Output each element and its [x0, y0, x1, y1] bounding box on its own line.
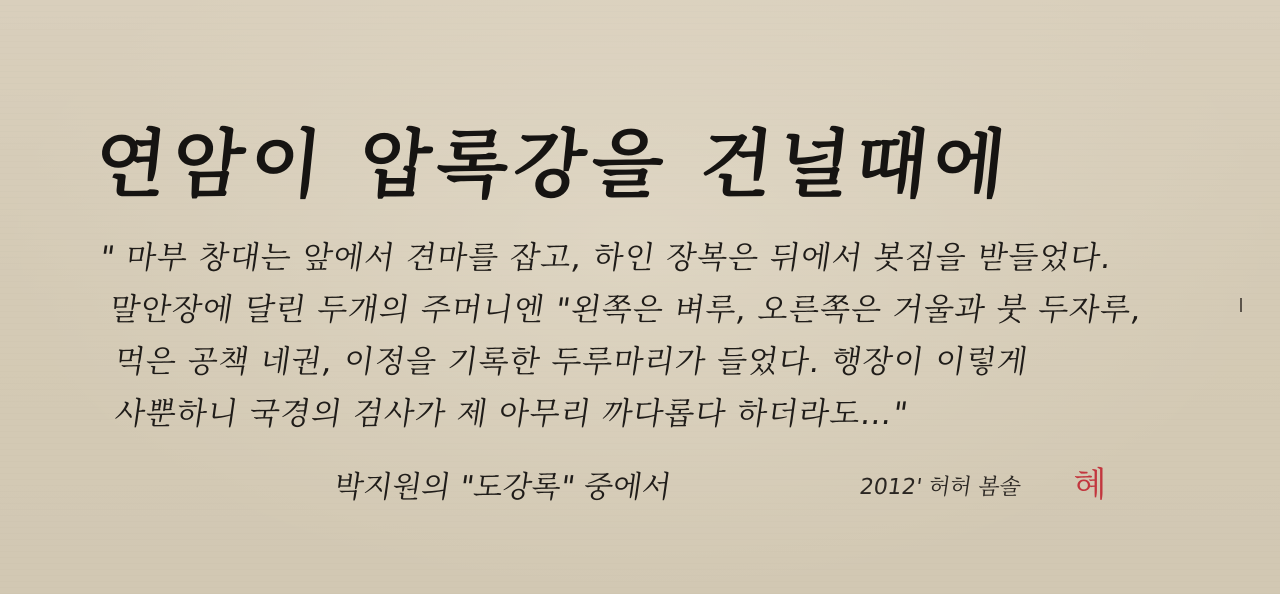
calligraphy-body: " 마부 창대는 앞에서 견마를 잡고, 하인 장복은 뒤에서 봇짐을 받들었다…: [100, 232, 1210, 440]
red-seal-stamp-icon: 혜: [1068, 460, 1112, 510]
calligraphy-title: 연암이 압록강을 건널때에: [88, 100, 1002, 230]
body-line: 말안장에 달린 두개의 주머니엔 "왼쪽은 벼루, 오른쪽은 거울과 붓 두자루…: [106, 284, 1213, 336]
body-line: " 마부 창대는 앞에서 견마를 잡고, 하인 장복은 뒤에서 봇짐을 받들었다…: [96, 232, 1213, 284]
body-line: 사뿐하니 국경의 검사가 제 아무리 까다롭다 하더라도…": [111, 388, 1213, 440]
body-line: 먹은 공책 네권, 이정을 기록한 두루마리가 들었다. 행장이 이렇게: [111, 336, 1213, 388]
artist-signature: 2012' 허허 봄솔: [858, 470, 1023, 501]
source-attribution: 박지원의 "도강록" 중에서: [332, 462, 675, 506]
calligraphy-artwork: 연암이 압록강을 건널때에 " 마부 창대는 앞에서 견마를 잡고, 하인 장복…: [0, 0, 1280, 594]
paper-mark: [1240, 298, 1242, 312]
